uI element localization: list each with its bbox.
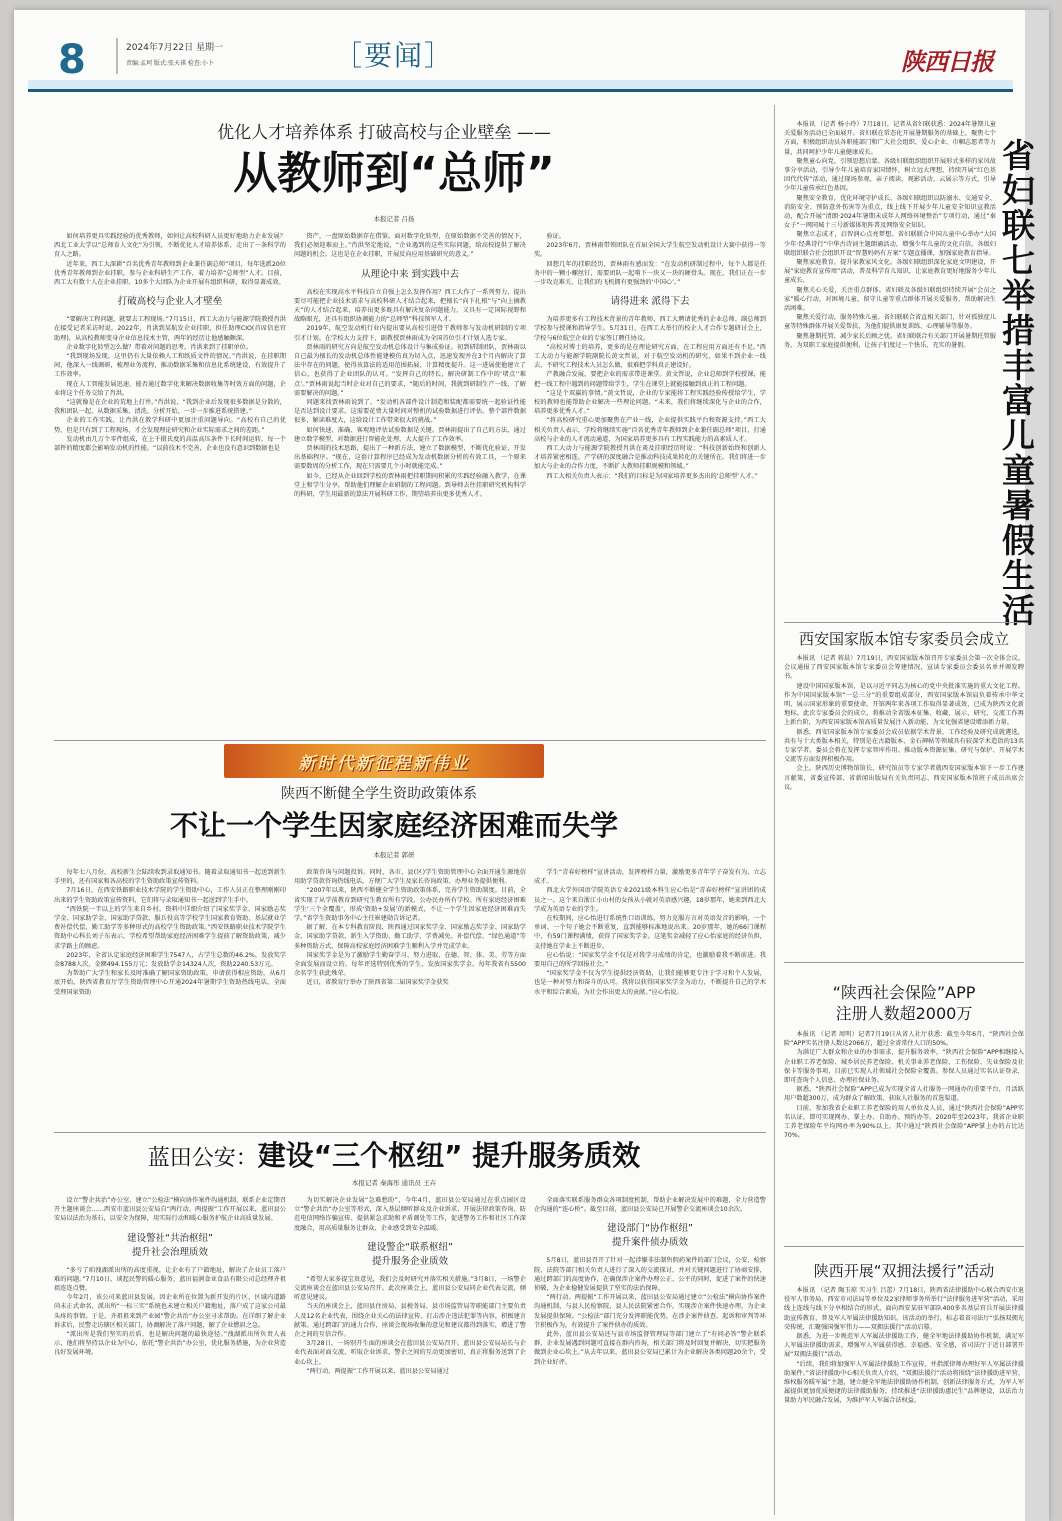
sidebar-feature-headline: 省妇联七举措丰富儿童暑假生活 xyxy=(998,138,1034,628)
article1-subhead-1: 打破高校与企业人才壁垒 xyxy=(54,295,286,309)
article3-subhead-1: 建设警社“共治枢纽” 提升社会治理质效 xyxy=(54,1232,286,1260)
paragraph: “要解决工程问题，就要去工程现场。”7月15日，西工大动力与能源学院教授肖洪在接… xyxy=(54,315,286,343)
paragraph: 企业的工作实践，让肖洪在教学科研中更加注重问题导向。“高校有自己的优势，但是只有… xyxy=(54,416,286,434)
paragraph: “派出所是我们坚实的后盾，也是解决问题的最快途径。”洩湖派出所负责人表示，他们将… xyxy=(54,1330,286,1358)
paragraph: 2023年，全省认定家庭经济困难学生7547人，占学生总数的46.2%，发放奖学… xyxy=(54,951,286,969)
paragraph: 回想几年的挂职经历，贾林雨有感而发：“在发动机研制过程中，每个人都是任务中的一颗… xyxy=(534,260,766,288)
article1-subhead-2: 从理论中来 到实践中去 xyxy=(294,268,526,282)
paragraph: 如何快速、准确、客观地评估试验数据是关键。贾林雨提出了自己的方法，通过建立数学模… xyxy=(294,426,526,444)
sidebar-news2-title: “陕西社会保险”APP 注册人数超2000万 xyxy=(784,982,1024,1024)
paragraph: 聚焦关爱行动，服务特殊儿童。省妇联联合省直相关部门，针对孤独症儿童等特殊群体开展… xyxy=(784,313,996,331)
paragraph: “希望大家多提宝贵意见，我们会及时研究并落实相关措施。”3月8日，一场警企交流座… xyxy=(294,1275,526,1303)
paragraph: 聚焦关心关爱，关注重点群体。省妇联及各级妇联组织持续开展“会员之家”暖心行动，对… xyxy=(784,286,996,314)
sidebar-news1-title: 西安国家版本馆专家委员会成立 xyxy=(784,628,1024,649)
paragraph: 如今，已经从企业回到学校的贾林雨把挂职期间积累的实践经验融入教学，在课堂上和学生… xyxy=(294,472,526,500)
editors-credit: 责编:孟珂 版式:张天祺 检查:小卜 xyxy=(126,58,214,67)
paragraph: 本报讯 （记者 杨小玲）7月18日，记者从省妇联获悉：2024年暑期儿童关爱服务… xyxy=(784,120,996,157)
divider xyxy=(784,962,1024,963)
issue-date: 2024年7月22日 星期一 xyxy=(126,40,223,53)
paragraph: 当天的座谈会上，蓝田县住房局、县税务局、县市场监管局等职能部门主要负责人及12名… xyxy=(294,1302,526,1339)
page-number: 8 xyxy=(58,40,86,80)
paragraph: 聚焦立志成才，启智润心点亮梦想。省妇联联合中国儿童中心举办“大国少年·经典诗行”… xyxy=(784,230,996,258)
paragraph: 为培养更多有工程技术背景的青年教师，西工大聘请优秀的企业总师、副总师到学校参与授… xyxy=(534,315,766,343)
banner-text: 新时代新征程新伟业 xyxy=(299,749,470,774)
paragraph: “我到现场发现，这里仍有大量依赖人工和纸质文件的情况。”肖洪说，在挂职期间，他深… xyxy=(54,352,286,380)
paragraph: 聚焦家庭教育，提升家教家风文化。各级妇联组织深化家庭文明建设，开展“家庭教育宣传… xyxy=(784,258,996,286)
divider xyxy=(784,1246,1024,1247)
article1-column-1: 如何培养更具实践经验的优秀教师，如何让高校科研人员更好地助力企业发展？西北工业大… xyxy=(54,232,286,737)
sidebar-news3-body: 本报讯 （记者 陶玉琼 实习生 吕蕾）7月18日，陕西省法律援助中心联合西安市退… xyxy=(784,1286,1024,1511)
paragraph: “这就像是在企业的荒地上打井。”肖洪说，“我到企业后发现很多数据是分散的，我和团… xyxy=(54,398,286,416)
banner-new-era: 新时代新征程新伟业 xyxy=(224,744,544,778)
paragraph: 近日，省教育厅举办了陕西省第二届国家奖学金获奖 xyxy=(294,978,526,987)
paragraph: 聚焦童心向党，引领思想启蒙。各级妇联组织组织开展形式多样的家风故事分享活动，引导… xyxy=(784,157,996,194)
paragraph: 据了解，在本专科教育阶段，陕西通过国家奖学金、国家励志奖学金、国家助学金、国家助… xyxy=(294,923,526,951)
paragraph: 每年七八月份，高校新生会陆续收到录取通知书。随着录取通知书一起送到新生手里的，还… xyxy=(54,868,286,886)
paragraph: 本报讯 （记者 周明）记者7月19日从省人社厅获悉：截至今年6月，“陕西社会保险… xyxy=(784,1030,1024,1048)
article2-column-2: 政策咨询与问题投诉。同时，各市、县(区)学生资助管理中心全面开通生源地信用助学贷… xyxy=(294,868,526,1130)
paragraph: 现在人工智能发展迅速，能否通过数字化来解决数据收集等时效方面的问题，企业将这个任… xyxy=(54,380,286,398)
paragraph: “多亏了咱洩湖派出所的高度重视，让企业有了户籍地址，解决了企业员工落户难的问题。… xyxy=(54,1266,286,1294)
paragraph: 此外，蓝田县公安局还与县市场监督管理局等部门建立了“有问必答”警企联系群，企业发… xyxy=(534,1330,766,1367)
paragraph: “将高校研究重心更加聚焦在产业一线，企业提供实践平台和资源支持。”西工大相关负责… xyxy=(534,416,766,444)
paragraph: 发动机由几万个零件组成，在上千摄氏度的高温高压条件下长时间运转，每一个部件的精度… xyxy=(54,435,286,453)
paragraph: “国家奖学金不仅为学生提供经济资助，让我们能够更专注于学习和个人发展，也是一种对… xyxy=(534,969,766,997)
article3-headline-prefix: 蓝田公安： xyxy=(148,1146,258,1171)
paragraph: 为满足广大群众和企业的办事需求，提升服务效率，“陕西社会保险”APP相继接入企业… xyxy=(784,1048,1024,1085)
paragraph: 验证。 xyxy=(534,232,766,241)
paragraph: 国家奖学金是为了激励学生勤奋学习、努力进取，在德、智、体、美、劳等方面全面发展而… xyxy=(294,951,526,979)
paragraph: 政策咨询与问题投诉。同时，各市、县(区)学生资助管理中心全面开通生源地信用助学贷… xyxy=(294,868,526,886)
paragraph: 据悉，西安国家版本馆专家委员会成员依据学术背景、工作经验及研究成就遴选，共有与十… xyxy=(784,728,1024,765)
paragraph: 资产，一盘原始数据存在借鉴。面对数字化转型，在原始数据不完善的情况下，我们必须迎… xyxy=(294,232,526,260)
divider xyxy=(54,740,766,741)
paragraph: 应心怡说：“国家奖学金不仅是对我学习成绩的肯定，也激励着我不断前进。我要用自己的… xyxy=(534,951,766,969)
article2-kicker: 陕西不断健全学生资助政策体系 xyxy=(214,783,544,803)
paragraph: “两行动、两提振”工作开展以来，蓝田县公安局通过建立“公检法”横向协作案件沟通机… xyxy=(534,1293,766,1330)
article1-subhead-3: 请得进来 派得下去 xyxy=(534,295,766,309)
paragraph: 3月28日，一场别开生面的座谈会在蓝田县公安局召开。蓝田县公安局局长与企业代表面… xyxy=(294,1339,526,1367)
paragraph: 据悉，“陕西社会保险”APP已成为实现全省人社服务一网通办的重要平台，月活跃用户… xyxy=(784,1085,1024,1103)
paragraph: “这是个双赢的事情。”黄文哲说，企业的专家能将工程实践经验传授给学生，学校的教师… xyxy=(534,389,766,417)
paragraph: 产教融合发展，要把企业的需求带进课堂。黄文哲说，企业总师到学校授课，能把一线工程… xyxy=(534,370,766,388)
paragraph: 西北大学外国语学院英语专业2021级本科生应心怡是“青春好榜样”宣讲团的成员之一… xyxy=(534,886,766,914)
sidebar-news3-title: 陕西开展“双拥法援行”活动 xyxy=(784,1260,1024,1281)
paragraph: 贾林雨的研究方向是航空发动机总体设计与集成验证。初到研制团队，贾林雨以自己最为擅… xyxy=(294,343,526,398)
article3-subhead-2: 建设警企“联系枢纽” 提升服务企业质效 xyxy=(294,1241,526,1269)
article3-headline-main: 建设“三个枢纽” 提升服务质效 xyxy=(258,1139,641,1172)
paragraph: “西铁院一半以上的学生来自乡村。资料中详细介绍了国家奖学金、国家励志奖学金、国家… xyxy=(54,905,286,951)
paragraph: 为切实解决企业发展“急难愁盼”，今年4月，蓝田县公安局通过在重点园区设立“警企共… xyxy=(294,1196,526,1233)
paragraph: 设立“警企共治”办公室、建立“公检法”横向协作案件沟通机制、联系企业定期召开主题… xyxy=(54,1196,286,1224)
paragraph: 建设中国国家版本馆，是以习近平同志为核心的党中央批准实施的重大文化工程。作为中国… xyxy=(784,682,1024,728)
article1-column-2: 资产，一盘原始数据存在借鉴。面对数字化转型，在原始数据不完善的情况下，我们必须迎… xyxy=(294,232,526,737)
paragraph: “两行动、两提振”工作开展以来，蓝田县公安局通过 xyxy=(294,1367,526,1376)
article2-headline: 不让一个学生因家庭经济困难而失学 xyxy=(74,806,714,846)
paragraph: 企业数字化转型怎么做？带着对问题的思考，肖洪来到了挂职单位。 xyxy=(54,343,286,352)
paragraph: 今年2月，该公司来蓝田县发展。因企业所在位置为新开发的片区，区域内道路尚未正式命… xyxy=(54,1293,286,1330)
article1-column-3: 验证。 2023年6月，贾林雨带领团队在首届全国大学生航空发动机设计大赛中获得一… xyxy=(534,232,766,737)
article2-column-1: 每年七八月份，高校新生会陆续收到录取通知书。随着录取通知书一起送到新生手里的，还… xyxy=(54,868,286,1130)
article3-column-1: 设立“警企共治”办公室、建立“公检法”横向协作案件沟通机制、联系企业定期召开主题… xyxy=(54,1196,286,1516)
article2-byline: 本报记者 郭妍 xyxy=(244,850,544,859)
sidebar-news2-body: 本报讯 （记者 周明）记者7月19日从省人社厅获悉：截至今年6月，“陕西社会保险… xyxy=(784,1030,1024,1240)
paragraph: 为帮助广大学生和家长及时准确了解国家资助政策，申请获得相应资助，从6月底开始，陕… xyxy=(54,969,286,997)
paragraph: 近年来，西工大深耕“百名优秀青年教师到企业兼任副总师”项目，每年选派20位优秀青… xyxy=(54,260,286,288)
paragraph: 本报讯 （记者 陶玉琼 实习生 吕蕾）7月18日，陕西省法律援助中心联合西安市退… xyxy=(784,1286,1024,1332)
paragraph: “后续，我们将加强军人军属法律援助工作宣传，并指派律师办理好军人军属法律援助案件… xyxy=(784,1360,1024,1406)
header-band xyxy=(28,80,1013,92)
article3-headline: 蓝田公安：建设“三个枢纽” 提升服务质效 xyxy=(74,1136,714,1179)
article3-column-3: 全面落实联系服务群众各项制度机制，帮助企业解决发展中的难题，全力营造警企沟通的“… xyxy=(534,1196,766,1516)
paragraph: 如何培养更具实践经验的优秀教师，如何让高校科研人员更好地助力企业发展？西北工业大… xyxy=(54,232,286,260)
paragraph: 在校期间，应心怡进行系统性口语训练，努力克服方言对英语发音的影响。一个单词、一个… xyxy=(534,914,766,951)
article1-headline: 从教师到“总师” xyxy=(74,146,714,202)
article3-column-2: 为切实解决企业发展“急难愁盼”，今年4月，蓝田县公安局通过在重点园区设立“警企共… xyxy=(294,1196,526,1516)
sidebar-divider xyxy=(774,105,775,1515)
newspaper-page: 8 2024年7月22日 星期一 责编:孟珂 版式:张天祺 检查:小卜 ［要闻］… xyxy=(14,10,1049,1521)
paragraph: 西工大动力与能源学院教授肖洪在谈及挂职经历时说：“科技创新始终和创新人才培养紧密… xyxy=(534,444,766,472)
paragraph: 目前，参加我省企业职工养老保险的用人单位及人员，通过“陕西社会保险”APP实名认… xyxy=(784,1104,1024,1141)
article1-byline: 本报记者 吕扬 xyxy=(244,214,544,223)
paragraph: 问题来找贾林雨说到了，“发动机各部件设计制造和装配都需要统一起验证性能是否达到设… xyxy=(294,398,526,426)
article3-subhead-3: 建设部门“协作枢纽” 提升案件侦办质效 xyxy=(534,1222,766,1250)
paragraph: 2019年，航空发动机行业内提出要从高校引进骨干教师参与发动机研制的专项引才计划… xyxy=(294,324,526,342)
paragraph: 学生“青春好榜样”宣讲活动，发挥榜样力量，激励更多青年学子奋发有为、立志成才。 xyxy=(534,868,766,886)
paragraph: “高校对博士的培养，更多的是在理论研究方面，在工程应用方面还有不足。”西工大动力… xyxy=(534,343,766,371)
paragraph: 2023年6月，贾林雨带领团队在首届全国大学生航空发动机设计大赛中获得一等奖。 xyxy=(534,241,766,259)
paragraph: 高校在实现高水平科技自立自强上怎么发挥作用？西工大作了一系列努力，提出要尽可能把… xyxy=(294,288,526,325)
paragraph: 贾林雨的技术思路，提出了一种新方法，建立了数据模型，不断优化验证，开发出基础程序… xyxy=(294,444,526,472)
newspaper-logo: 陕西日报 xyxy=(901,42,993,77)
article1-kicker: 优化人才培养体系 打破高校与企业壁垒 —— xyxy=(104,118,664,143)
sidebar-news1-body: 本报讯 （记者 蒋晨）7月19日，西安国家版本馆召开专家委员会第一次全体会议。会… xyxy=(784,654,1024,954)
divider xyxy=(54,1132,766,1133)
paragraph: 本报讯 （记者 蒋晨）7月19日，西安国家版本馆召开专家委员会第一次全体会议。会… xyxy=(784,654,1024,682)
divider xyxy=(784,622,1024,623)
paragraph: 全面落实联系服务群众各项制度机制，帮助企业解决发展中的难题，全力营造警企沟通的“… xyxy=(534,1196,766,1214)
paragraph: 会上，陕西历史博物馆馆长、研究馆员等专家学者就西安国家版本馆下一步工作建言献策，… xyxy=(784,764,1024,792)
paragraph: 据悉，为进一步规范军人军属法律援助工作，健全军地法律援助协作机制，满足军人军属法… xyxy=(784,1332,1024,1360)
paragraph: “2007年以来，陕西不断健全学生资助政策体系，完善学生资助制度。目前，全省实现… xyxy=(294,886,526,923)
section-title: ［要闻］ xyxy=(334,34,454,74)
paragraph: 西工大相关负责人表示：“我们的目标是为国家培养更多杰出的‘总师型’人才。” xyxy=(534,472,766,481)
paragraph: 聚焦安全教育，优化环境守护成长。各级妇联组织以防溺水、交通安全、消防安全、预防意… xyxy=(784,194,996,231)
masthead-divider xyxy=(116,38,118,74)
paragraph: 聚焦暑期托管，减少家长后顾之忧。省妇联联合有关部门开展暑期托管服务，为双职工家庭… xyxy=(784,332,996,350)
paragraph: 7月16日，在西安铁路职业技术学院的学生资助中心，工作人员正在整理刚刚印出来的学… xyxy=(54,886,286,904)
article2-column-3: 学生“青春好榜样”宣讲活动，发挥榜样力量，激励更多青年学子奋发有为、立志成才。 … xyxy=(534,868,766,1130)
article3-byline: 本报记者 秦海彤 通讯员 王卉 xyxy=(244,1178,544,1187)
paragraph: 5月8日，蓝田县召开了针对一起涉嫌非法制售假药案件的部门会议，公安、检察院、法院… xyxy=(534,1256,766,1293)
sidebar-feature-body: 本报讯 （记者 杨小玲）7月18日，记者从省妇联获悉：2024年暑期儿童关爱服务… xyxy=(784,120,996,620)
